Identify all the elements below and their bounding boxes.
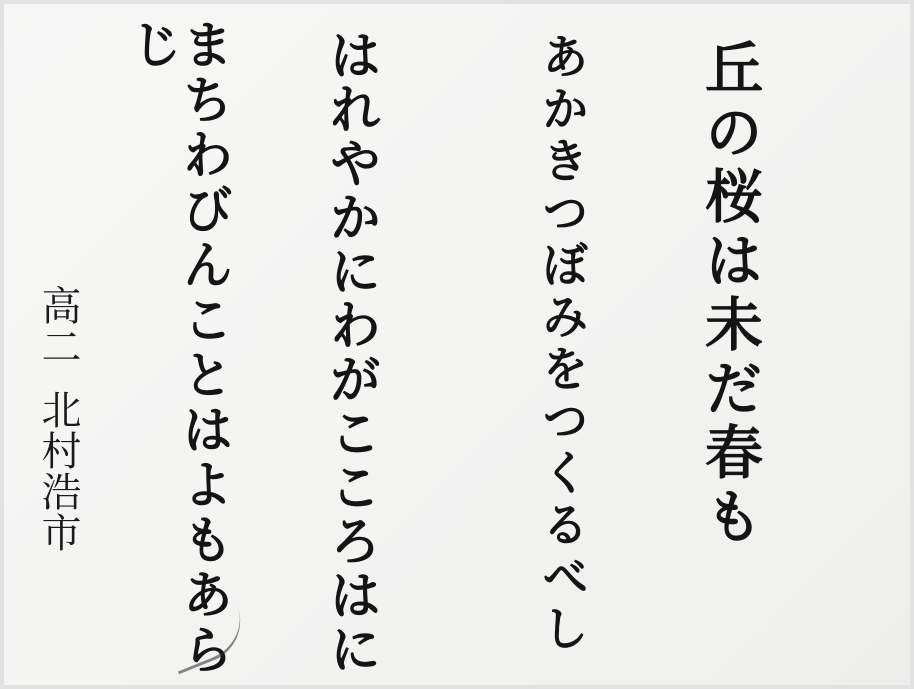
signature: 高二北村浩市 <box>38 285 78 553</box>
verse-column-1: 丘の桜は未だ春も <box>700 38 758 550</box>
calligraphy-paper: 丘の桜は未だ春も あかきつぼみをつくるべし はれやかにわがこころはに まちわびん… <box>0 0 914 689</box>
signature-name: 北村浩市 <box>35 389 81 553</box>
verse-column-4: まちわびんことはよもあらじ <box>126 18 228 689</box>
signature-grade: 高二 <box>35 285 81 367</box>
verse-column-2: あかきつぼみをつくるべし <box>538 32 585 656</box>
verse-column-3: はれやかにわがこころはに <box>324 28 376 676</box>
